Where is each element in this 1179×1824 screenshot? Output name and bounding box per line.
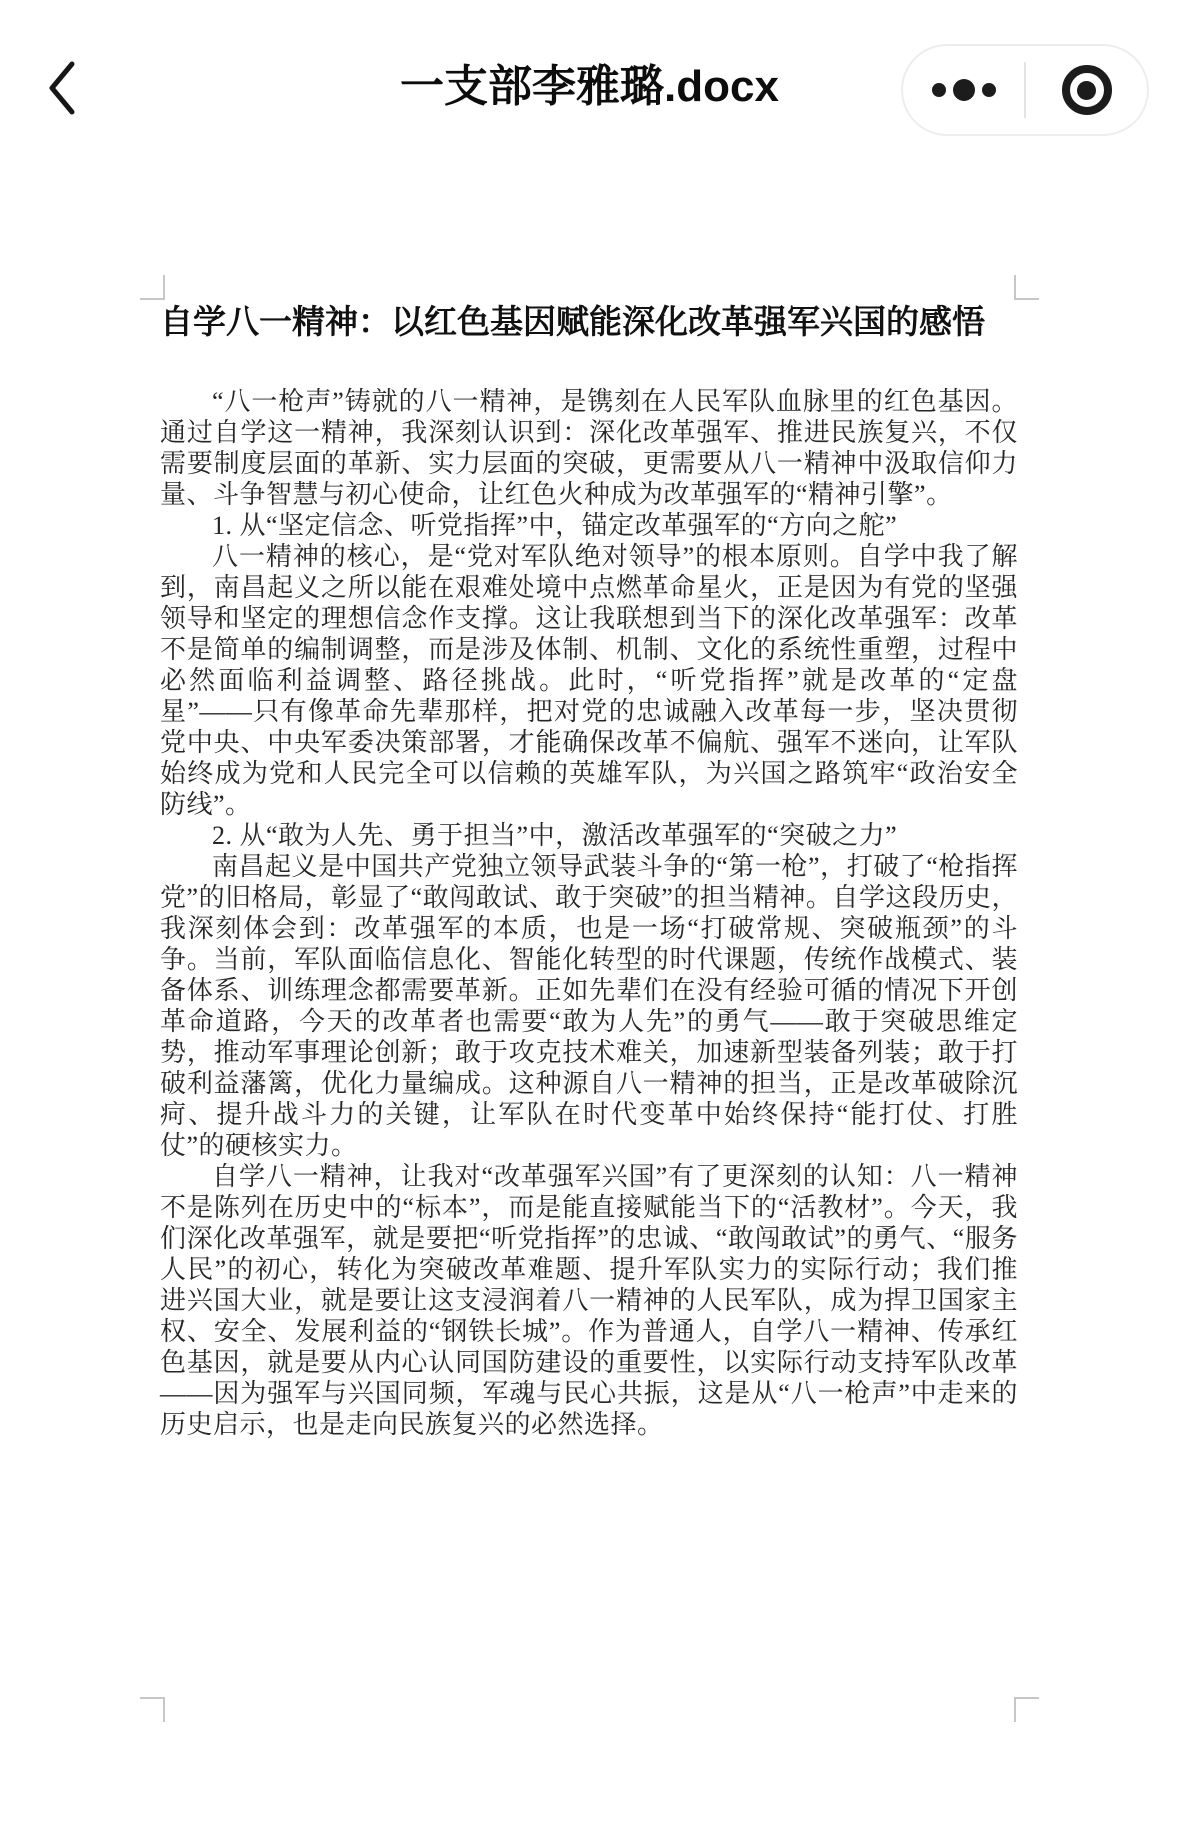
margin-corner-mark-bottom-left [140,1697,165,1722]
body-paragraph: 八一精神的核心，是“党对军队绝对领导”的根本原则。自学中我了解到，南昌起义之所以… [160,541,1018,820]
document-title: 自学八一精神：以红色基因赋能深化改革强军兴国的感悟 [160,300,1018,346]
circle-target-icon [1062,65,1112,115]
more-dots-icon [932,79,996,101]
section-heading: 1. 从“坚定信念、听党指挥”中，锚定改革强军的“方向之舵” [160,510,1018,541]
margin-corner-mark-bottom-right [1014,1697,1039,1722]
more-button[interactable] [903,46,1024,134]
navbar: 一支部李雅璐.docx [0,0,1179,150]
document-body: “八一枪声”铸就的八一精神，是镌刻在人民军队血脉里的红色基因。通过自学这一精神，… [160,386,1018,1440]
margin-corner-mark-top-left [140,275,165,300]
document-content: 自学八一精神：以红色基因赋能深化改革强军兴国的感悟 “八一枪声”铸就的八一精神，… [160,300,1018,1440]
document-page: 自学八一精神：以红色基因赋能深化改革强军兴国的感悟 “八一枪声”铸就的八一精神，… [0,150,1179,1824]
body-paragraph: 南昌起义是中国共产党独立领导武装斗争的“第一枪”，打破了“枪指挥党”的旧格局，彰… [160,851,1018,1161]
body-paragraph: 自学八一精神，让我对“改革强军兴国”有了更深刻的认知：八一精神不是陈列在历史中的… [160,1161,1018,1440]
section-heading: 2. 从“敢为人先、勇于担当”中，激活改革强军的“突破之力” [160,820,1018,851]
close-button[interactable] [1026,46,1147,134]
miniprogram-capsule [901,44,1149,136]
margin-corner-mark-top-right [1014,275,1039,300]
body-paragraph: “八一枪声”铸就的八一精神，是镌刻在人民军队血脉里的红色基因。通过自学这一精神，… [160,386,1018,510]
